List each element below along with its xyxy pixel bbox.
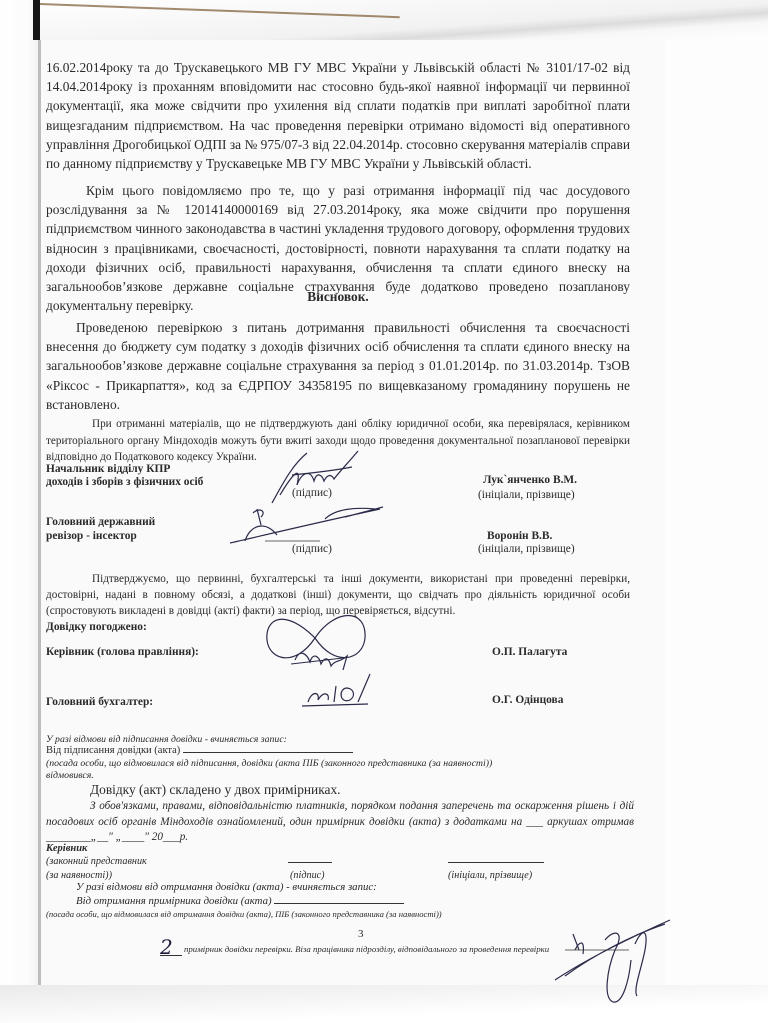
company-head-name: О.П. Палагута — [492, 646, 567, 658]
head-name-caption: (ініціали, прізвище) — [448, 870, 532, 881]
refusal-receive-note: У разі відмови від отримання довідки (ак… — [76, 881, 377, 893]
paragraph-1: 16.02.2014року та до Трускавецького МВ Г… — [46, 58, 630, 173]
legal-rep-line2: (за наявності)) — [46, 870, 112, 881]
company-accountant-name: О.Г. Одінцова — [492, 694, 563, 706]
signature-voronin-icon — [225, 505, 385, 547]
scan-edge-dark — [33, 0, 40, 40]
company-head-position: Керівник (голова правління): — [46, 646, 199, 658]
head-sign-caption: (підпис) — [290, 870, 325, 881]
refusal-sign-line: Від підписання довідки (акта) — [46, 745, 353, 756]
signature-visa-icon — [545, 910, 685, 1006]
refusal-receive-blank[interactable] — [274, 903, 404, 904]
page-number: 3 — [358, 928, 364, 940]
inspector-2-position-line2: ревізор - інсектор — [46, 530, 137, 542]
refusal-sign-line-text: Від підписання довідки (акта) — [46, 745, 180, 756]
inspector-2-name: Воронін В.В. — [487, 530, 552, 542]
scan-margin-right — [665, 28, 768, 1023]
head-label: Керівник — [46, 843, 87, 854]
head-name-line[interactable] — [448, 862, 544, 863]
refusal-sign-note: У разі відмови від підписання довідки - … — [46, 734, 287, 745]
copy-number-underline — [160, 955, 182, 956]
head-sign-line[interactable] — [288, 862, 332, 863]
paragraph-3: Проведеною перевіркою з питань дотриманн… — [46, 318, 630, 414]
scan-edge-left — [38, 40, 41, 985]
footer-note: примірник довідки перевірки. Віза праців… — [184, 944, 549, 954]
refusal-sign-end: відмовився. — [46, 770, 94, 781]
refusal-sign-blank[interactable] — [183, 752, 353, 753]
copies-statement: Довідку (акт) складено у двох примірника… — [90, 782, 341, 798]
signature-lukyanchenko-icon — [262, 445, 362, 507]
company-accountant-position: Головний бухгалтер: — [46, 696, 153, 708]
inspector-1-name-caption: (ініціали, прізвище) — [478, 489, 575, 501]
acknowledgement: З обов'язками, правами, відповідальністю… — [46, 799, 634, 846]
conclusion-heading: Висновок. — [46, 289, 630, 305]
refusal-receive-line-text: Від отримання примірника довідки (акта) — [76, 895, 272, 907]
refusal-receive-caption: (посада особи, що відмовилася від отрима… — [46, 909, 442, 919]
signature-odintsova-icon — [298, 672, 378, 708]
acknowledgement-text: З обов'язками, правами, відповідальністю… — [46, 800, 634, 843]
agreed-label: Довідку погоджено: — [46, 621, 147, 633]
inspector-2-name-caption: (ініціали, прізвище) — [478, 543, 575, 555]
scan-margin-top — [40, 0, 768, 40]
signature-palaguta-icon — [255, 598, 375, 680]
legal-rep-line1: (законний представник — [46, 856, 147, 867]
paragraph-3-text: Проведеною перевіркою з питань дотриманн… — [46, 320, 630, 412]
inspector-1-position-line2: доходів і зборів з фізичних осіб — [46, 476, 203, 488]
inspector-1-position-line1: Начальник відділу КПР — [46, 463, 170, 475]
refusal-sign-caption: (посада особи, що відмовилася від підпис… — [46, 758, 492, 769]
refusal-receive-line: Від отримання примірника довідки (акта) — [76, 895, 404, 907]
inspector-2-position-line1: Головний державний — [46, 516, 155, 528]
inspector-1-name: Лук`янченко В.М. — [483, 474, 577, 486]
